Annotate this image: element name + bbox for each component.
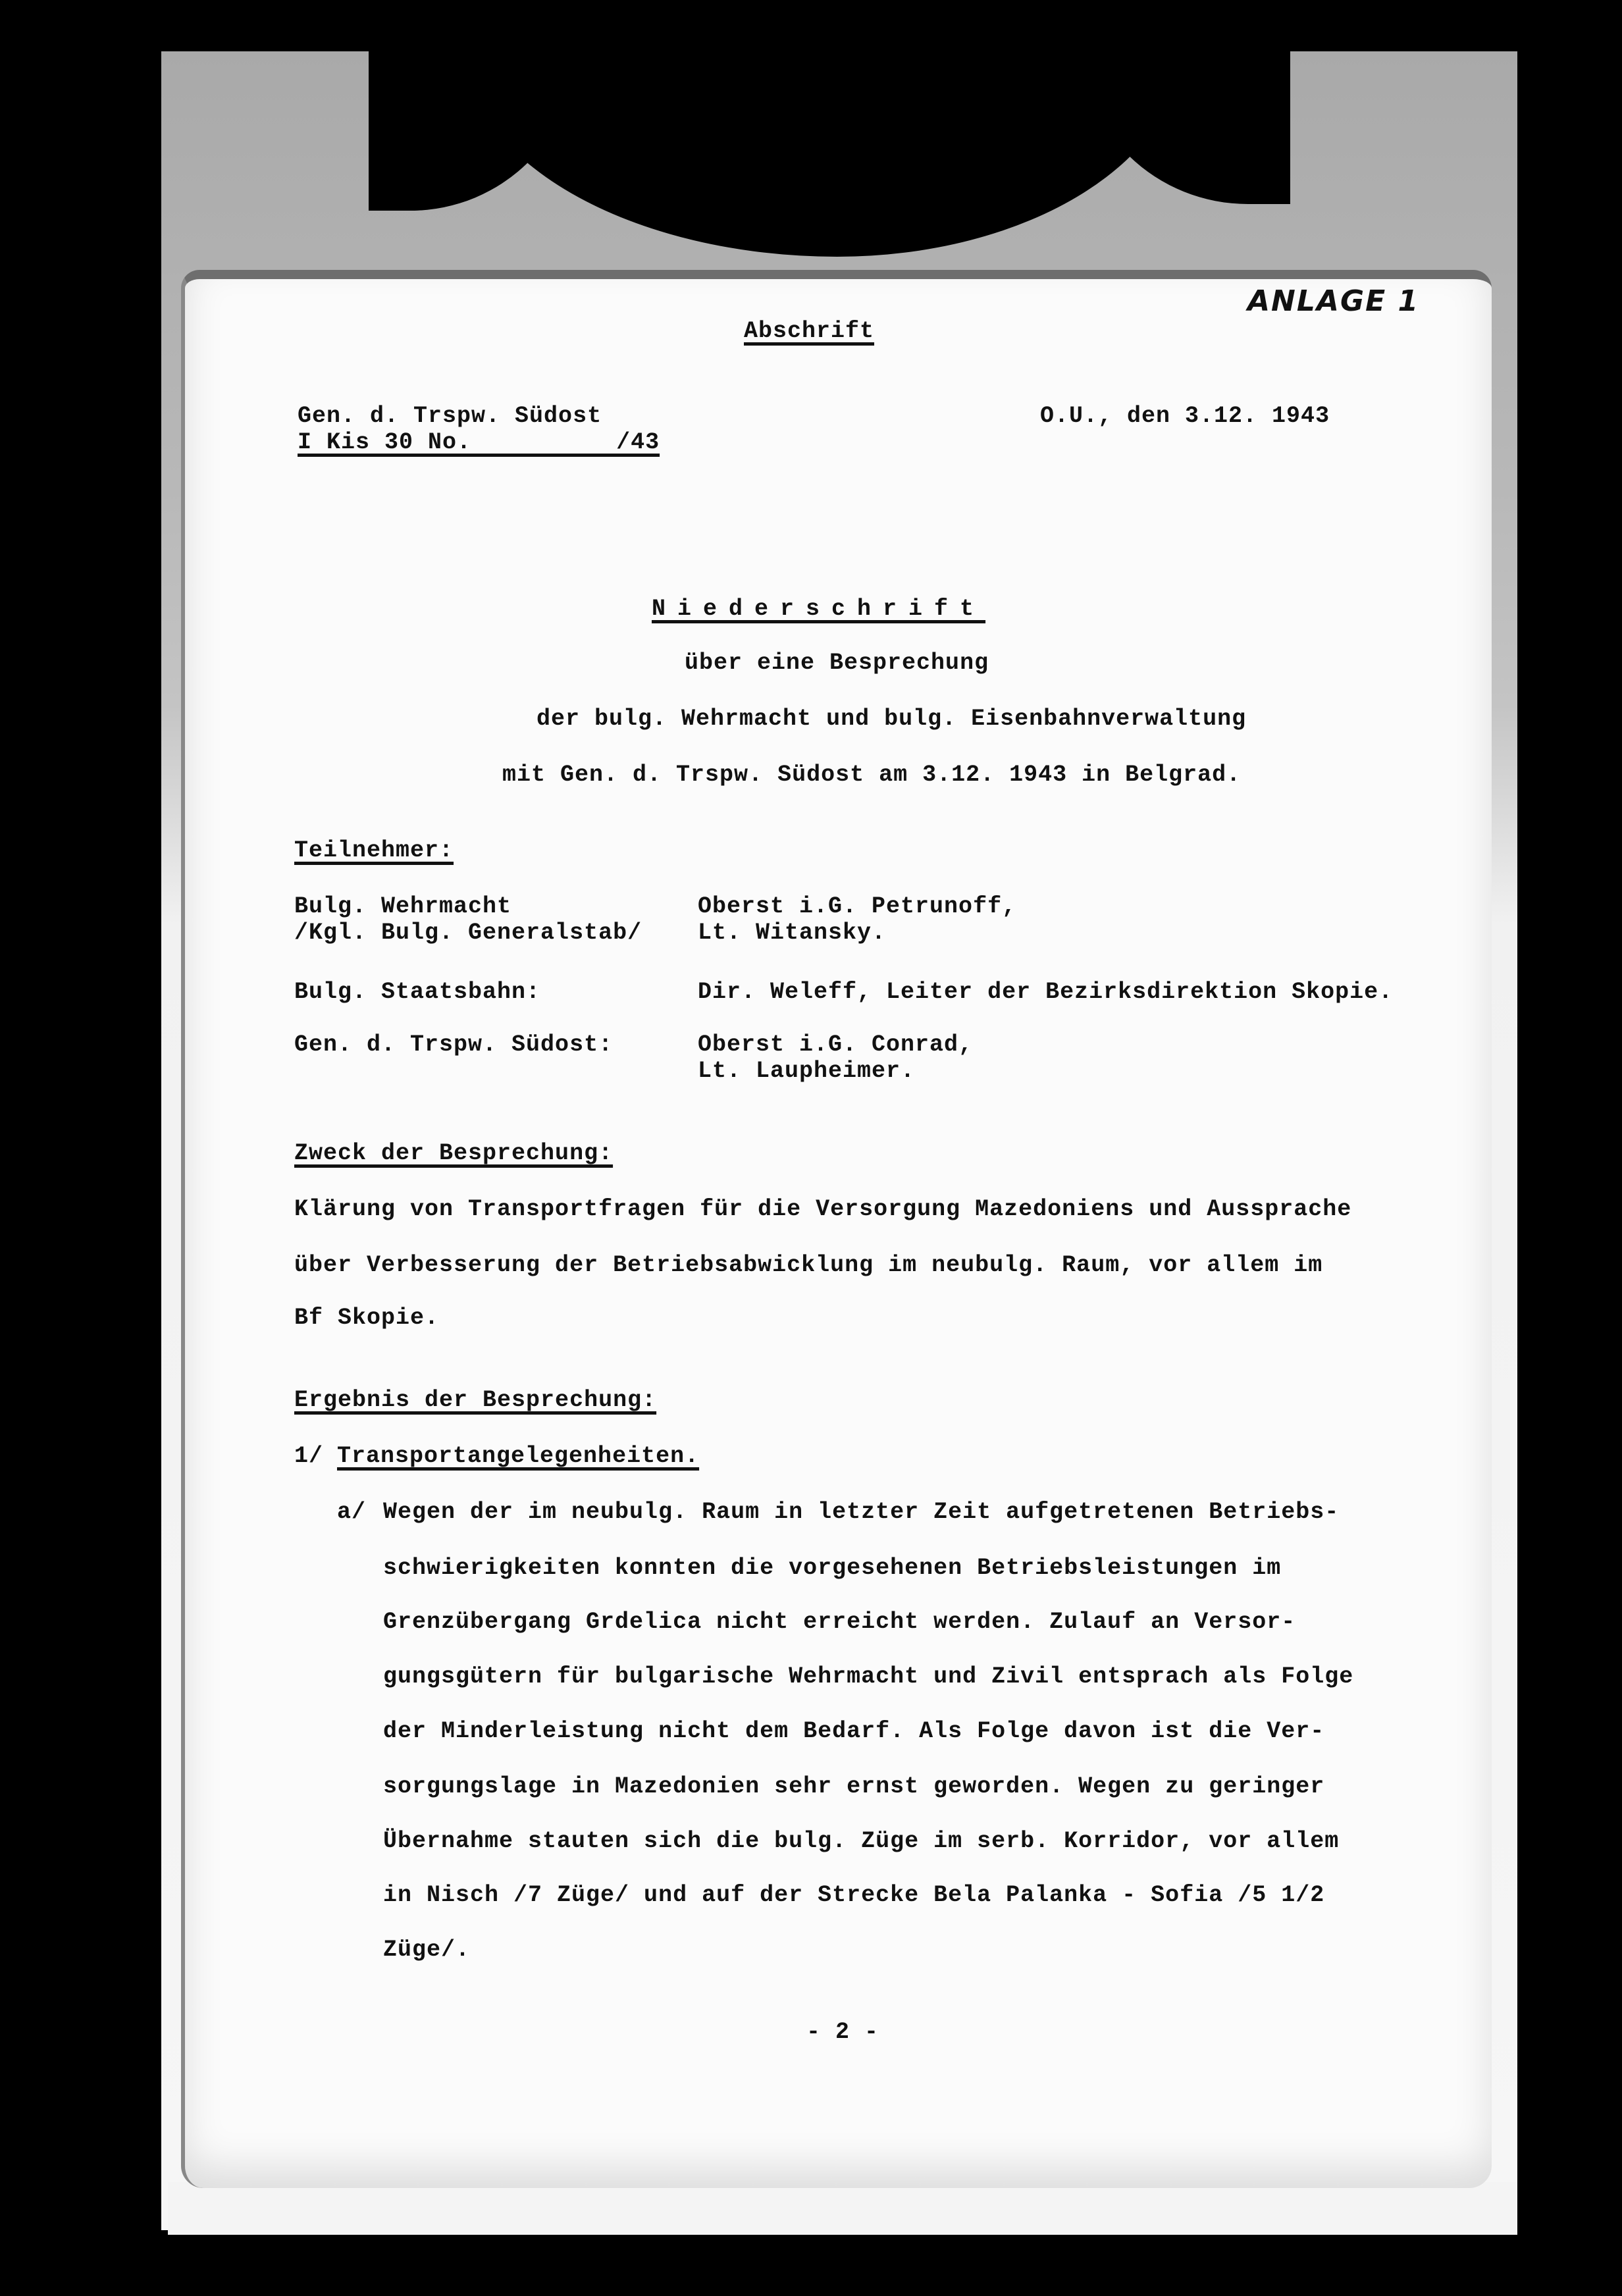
item-marker: a/ [337, 1501, 366, 1524]
item-line: Übernahme stauten sich die bulg. Züge im… [383, 1830, 1339, 1853]
purpose-heading: Zweck der Besprechung: [294, 1142, 613, 1165]
participant-name: Lt. Laupheimer. [698, 1060, 915, 1083]
subtitle-line-2: der bulg. Wehrmacht und bulg. Eisenbahnv… [536, 708, 1246, 731]
participants-heading: Teilnehmer: [294, 839, 454, 862]
sender-line-1: Gen. d. Trspw. Südost [298, 405, 602, 428]
section-number: 1/ [294, 1445, 323, 1468]
item-line: sorgungslage in Mazedonien sehr ernst ge… [383, 1775, 1324, 1798]
participant-name: Lt. Witansky. [698, 922, 886, 945]
participant-org: Bulg. Staatsbahn: [294, 981, 540, 1004]
item-line: Züge/. [383, 1939, 470, 1962]
subtitle-line-1: über eine Besprechung [685, 652, 989, 675]
sender-line-2: I Kis 30 No. /43 [298, 431, 660, 454]
participant-name: Dir. Weleff, Leiter der Bezirksdirektion… [698, 981, 1393, 1004]
annex-annotation: ANLAGE 1 [1247, 284, 1419, 318]
participant-org: Bulg. Wehrmacht [294, 895, 511, 918]
item-line: der Minderleistung nicht dem Bedarf. Als… [383, 1720, 1324, 1743]
purpose-line: Bf Skopie. [294, 1307, 439, 1330]
document-title: Niederschrift [652, 598, 985, 621]
subtitle-line-3: mit Gen. d. Trspw. Südost am 3.12. 1943 … [502, 764, 1241, 787]
item-line: in Nisch /7 Züge/ und auf der Strecke Be… [383, 1884, 1324, 1907]
section-title: Transportangelegenheiten. [337, 1445, 699, 1468]
item-line: Grenzübergang Grdelica nicht erreicht we… [383, 1611, 1295, 1634]
folder-bottom-edge [168, 2182, 1517, 2235]
place-date: O.U., den 3.12. 1943 [1040, 405, 1330, 428]
heading-copy: Abschrift [744, 320, 874, 343]
participant-name: Oberst i.G. Conrad, [698, 1033, 973, 1057]
purpose-line: über Verbesserung der Betriebsabwicklung… [294, 1254, 1322, 1277]
participant-name: Oberst i.G. Petrunoff, [698, 895, 1016, 918]
participant-org: Gen. d. Trspw. Südost: [294, 1033, 613, 1057]
participant-org-detail: /Kgl. Bulg. Generalstab/ [294, 922, 642, 945]
page-number: - 2 - [806, 2021, 879, 2044]
purpose-line: Klärung von Transportfragen für die Vers… [294, 1198, 1351, 1221]
item-line: schwierigkeiten konnten die vorgesehenen… [383, 1557, 1281, 1580]
item-line: gungsgütern für bulgarische Wehrmacht un… [383, 1665, 1353, 1688]
item-line: Wegen der im neubulg. Raum in letzter Ze… [383, 1501, 1339, 1524]
result-heading: Ergebnis der Besprechung: [294, 1389, 656, 1412]
